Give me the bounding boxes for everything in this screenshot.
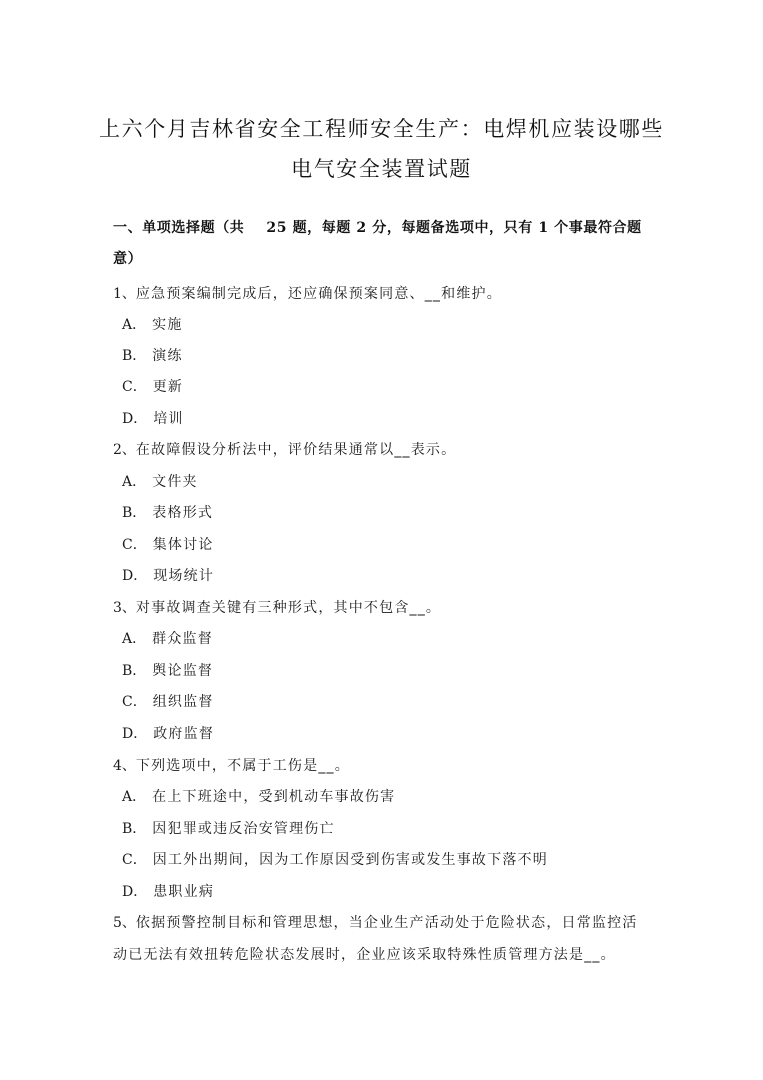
option-letter: B． <box>122 348 146 364</box>
question-1-option-a: A．实施 <box>122 315 667 335</box>
question-text: 下列选项中，不属于工伤是__。 <box>136 758 350 774</box>
section-heading-part-1: 一、单项选择题（共 <box>113 220 244 236</box>
question-text-line-1: 依据预警控制目标和管理思想，当企业生产活动处于危险状态，日常监控活 <box>136 915 638 931</box>
question-number: 3、 <box>113 600 136 616</box>
question-number: 4、 <box>113 758 136 774</box>
question-text: 在故障假设分析法中，评价结果通常以__表示。 <box>136 442 456 458</box>
option-letter: D． <box>122 884 147 900</box>
question-3-option-b: B．舆论监督 <box>122 661 667 681</box>
option-letter: A． <box>122 317 146 333</box>
option-text: 在上下班途中，受到机动车事故伤害 <box>152 789 395 805</box>
option-letter: A． <box>122 789 146 805</box>
question-3: 3、对事故调查关键有三种形式，其中不包含__。 <box>113 598 658 618</box>
question-2-option-c: C．集体讨论 <box>122 535 667 555</box>
option-letter: B． <box>122 663 146 679</box>
section-heading-continuation: 意） <box>113 243 653 275</box>
question-1: 1、应急预案编制完成后，还应确保预案同意、__和维护。 <box>113 284 658 304</box>
option-text: 因犯罪或违反治安管理伤亡 <box>152 821 334 837</box>
option-letter: A． <box>122 631 146 647</box>
section-heading-part-2: 25 题，每题 2 分，每题备选项中，只有 1 个事最符合题 <box>266 220 641 236</box>
question-text-line-2: 动已无法有效扭转危险状态发展时，企业应该采取特殊性质管理方法是__。 <box>113 947 616 963</box>
option-text: 集体讨论 <box>153 537 214 553</box>
document-title-line-2: 电气安全装置试题 <box>0 157 763 181</box>
option-letter: D． <box>122 568 147 584</box>
question-3-option-c: C．组织监督 <box>122 692 667 712</box>
option-letter: B． <box>122 821 146 837</box>
option-letter: C． <box>122 379 147 395</box>
option-text: 群众监督 <box>152 631 213 647</box>
question-2-option-a: A．文件夹 <box>122 472 667 492</box>
option-letter: C． <box>122 537 147 553</box>
question-text: 应急预案编制完成后，还应确保预案同意、__和维护。 <box>136 286 502 302</box>
option-letter: C． <box>122 694 147 710</box>
option-text: 患职业病 <box>153 884 214 900</box>
section-heading-part-3: 意） <box>113 251 142 267</box>
option-text: 表格形式 <box>152 505 213 521</box>
question-4-option-c: C．因工外出期间，因为工作原因受到伤害或发生事故下落不明 <box>122 850 667 870</box>
question-2: 2、在故障假设分析法中，评价结果通常以__表示。 <box>113 440 658 460</box>
document-page: 上六个月吉林省安全工程师安全生产：电焊机应装设哪些 电气安全装置试题 一、单项选… <box>0 0 763 1080</box>
option-text: 演练 <box>152 348 182 364</box>
question-2-option-b: B．表格形式 <box>122 503 667 523</box>
question-2-option-d: D．现场统计 <box>122 566 667 586</box>
section-heading: 一、单项选择题（共25 题，每题 2 分，每题备选项中，只有 1 个事最符合题 <box>113 212 653 244</box>
option-letter: A． <box>122 474 146 490</box>
question-4-option-b: B．因犯罪或违反治安管理伤亡 <box>122 819 667 839</box>
question-number: 5、 <box>113 915 136 931</box>
question-4-option-d: D．患职业病 <box>122 882 667 902</box>
question-1-option-b: B．演练 <box>122 346 667 366</box>
option-text: 更新 <box>153 379 183 395</box>
option-letter: D． <box>122 726 147 742</box>
option-text: 实施 <box>152 317 182 333</box>
option-text: 因工外出期间，因为工作原因受到伤害或发生事故下落不明 <box>153 852 548 868</box>
question-number: 2、 <box>113 442 136 458</box>
question-number: 1、 <box>113 286 136 302</box>
option-letter: D． <box>122 411 147 427</box>
option-text: 政府监督 <box>153 726 214 742</box>
question-1-option-c: C．更新 <box>122 377 667 397</box>
question-5: 5、依据预警控制目标和管理思想，当企业生产活动处于危险状态，日常监控活 <box>113 913 658 933</box>
option-letter: C． <box>122 852 147 868</box>
option-text: 现场统计 <box>153 568 214 584</box>
question-3-option-a: A．群众监督 <box>122 629 667 649</box>
question-text: 对事故调查关键有三种形式，其中不包含__。 <box>136 600 441 616</box>
question-1-option-d: D．培训 <box>122 409 667 429</box>
question-3-option-d: D．政府监督 <box>122 724 667 744</box>
option-text: 文件夹 <box>152 474 198 490</box>
option-text: 培训 <box>153 411 183 427</box>
option-text: 舆论监督 <box>152 663 213 679</box>
question-5-continuation: 动已无法有效扭转危险状态发展时，企业应该采取特殊性质管理方法是__。 <box>113 945 658 965</box>
option-letter: B． <box>122 505 146 521</box>
document-title-line-1: 上六个月吉林省安全工程师安全生产：电焊机应装设哪些 <box>0 117 763 141</box>
option-text: 组织监督 <box>153 694 214 710</box>
question-4-option-a: A．在上下班途中，受到机动车事故伤害 <box>122 787 667 807</box>
question-4: 4、下列选项中，不属于工伤是__。 <box>113 756 658 776</box>
